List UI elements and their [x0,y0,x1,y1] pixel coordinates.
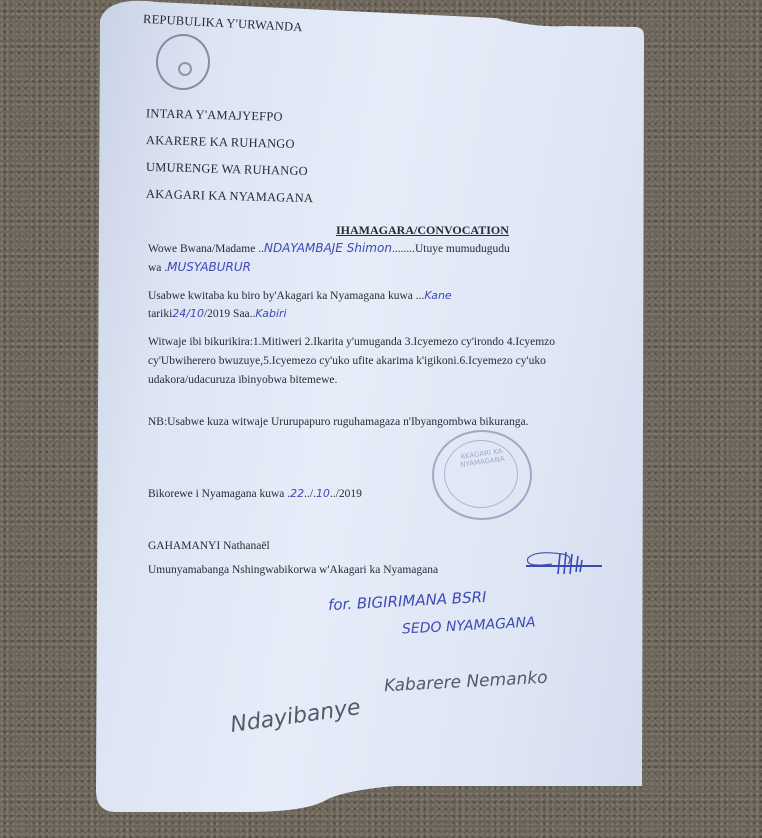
signatory-name: GAHAMANYI Nathanaël [148,540,270,552]
summons-date-line: tariki24/10/2019 Saa..Kabiri [148,307,287,320]
issued-sep: ../. [304,488,316,500]
village-line: wa .MUSYABURUR [148,260,251,274]
addressee-line: Wowe Bwana/Madame ..NDAYAMBAJE Shimon...… [148,241,510,255]
addressee-name-handwritten: NDAYAMBAJE Shimon [264,241,392,255]
time-handwritten: Kabiri [255,307,286,320]
village-prefix: wa . [148,262,167,274]
summons-day-handwritten: Kane [424,289,451,302]
document-title: IHAMAGARA/CONVOCATION [336,223,509,238]
rwanda-coat-of-arms-icon [156,34,210,90]
signature-mark [522,550,602,578]
issued-line: Bikorewe i Nyamagana kuwa .22../.10../20… [148,487,362,500]
date-prefix: tariki [148,308,172,320]
summons-text: Usabwe kwitaba ku biro by'Akagari ka Nya… [148,290,424,302]
requirements-text: Witwaje ibi bikurikira:1.Mitiweri 2.Ikar… [148,333,568,390]
issued-text: Bikorewe i Nyamagana kuwa . [148,488,290,500]
date-suffix: /2019 Saa.. [204,308,255,320]
note-text: NB:Usabwe kuza witwaje Ururupapuro ruguh… [148,413,568,432]
issued-day-handwritten: 22 [290,487,304,500]
issued-year: ../2019 [330,488,362,500]
signatory-position: Umunyamabanga Nshingwabikorwa w'Akagari … [148,564,438,576]
addressee-label: Wowe Bwana/Madame .. [148,243,264,255]
village-handwritten: MUSYABURUR [167,260,251,274]
official-stamp: AKAGARI KA NYAMAGANA [432,430,532,520]
issued-month-handwritten: 10 [316,487,330,500]
addressee-dots: ........ [392,243,415,255]
summons-line: Usabwe kwitaba ku biro by'Akagari ka Nya… [148,289,452,302]
date-handwritten: 24/10 [172,307,204,320]
residence-label: Utuye mumudugudu [415,243,510,255]
